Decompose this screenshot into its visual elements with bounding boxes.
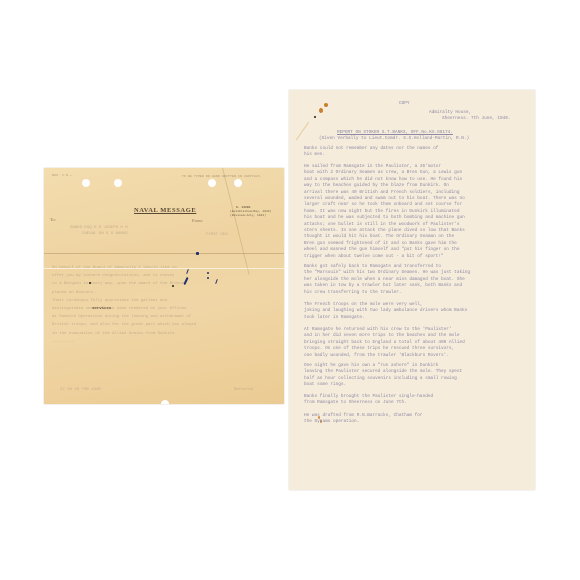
- ink-mark: [215, 279, 218, 284]
- fold-line: [44, 253, 284, 254]
- paragraph-line: wheel and manned the gun himself and "pu…: [304, 247, 465, 253]
- to-address: DANKS ESQ H H JOSEPH H N CHEVAL ON S D B…: [70, 225, 128, 237]
- body-line: ---------: [52, 338, 196, 346]
- paragraph-line: troops. On one of these trips he rescued…: [304, 346, 465, 352]
- body-line: to a Bargain in every way, upon the awar…: [52, 280, 196, 288]
- rust-stain: [319, 108, 323, 113]
- ink-mark: [89, 282, 91, 284]
- ink-mark: [207, 272, 209, 274]
- paragraph-line: trigger when about twelve come out - a b…: [304, 254, 465, 260]
- paragraph-line: his boat and he was subjected to both bo…: [304, 215, 465, 221]
- naval-message-title: NAVAL MESSAGE: [134, 207, 196, 214]
- punch-hole: [208, 179, 216, 187]
- paragraph-line: his crew transferring to the trawler.: [304, 290, 470, 296]
- address-line: Sheerness. 7th June, 1940.: [442, 116, 511, 122]
- paragraph: One night he gave his own a "run ashore"…: [304, 363, 462, 389]
- paragraph: Banks got safely back to Ramsgate and tr…: [304, 264, 470, 296]
- ink-dot: [314, 116, 316, 118]
- paragraph-line: was taken in tow by a trawler but later …: [304, 283, 470, 289]
- ink-mark: [196, 252, 199, 255]
- paragraph-line: one badly wounded, from the trawler 'Bla…: [304, 353, 465, 359]
- top-right-note: TO BE TYPED OR HAND WRITTEN IN CAPITALS: [182, 175, 260, 178]
- form-subtext: (Revised—July, 1941): [230, 214, 271, 218]
- paragraph-line: from Ramsgate to Sheerness on June 7th.: [304, 400, 433, 406]
- paragraph: The French troops on the mole were very …: [304, 302, 467, 321]
- ink-mark: [207, 277, 209, 279]
- to-label: To:: [50, 217, 56, 222]
- paragraph-line: took later in Ramsgate.: [304, 315, 467, 321]
- footer-right: Referred: [234, 386, 253, 394]
- bold-word: services: [92, 305, 111, 313]
- paragraph-line: and in her did seven more trips to the b…: [304, 333, 465, 339]
- to-line: CHEVAL ON S D BANKS: [82, 231, 128, 237]
- paragraph-line: larger craft near so he took them onboar…: [304, 202, 465, 208]
- paragraph-line: joking and laughing with two lady ambula…: [304, 308, 467, 314]
- paragraph: At Ramsgate he returned with his crew to…: [304, 327, 465, 359]
- paragraph: He was drafted from R.N.Barracks, Chatha…: [304, 413, 423, 426]
- body-line: Their Lordships fully appreciate the gal…: [52, 297, 196, 305]
- paragraph: Banks finally brought the Paulister sing…: [304, 394, 433, 407]
- body-line: offer you my sincere congratulations, an…: [52, 272, 196, 280]
- punch-hole: [114, 179, 122, 187]
- body-line: at Dunkirk Operations during the loading…: [52, 313, 196, 321]
- paragraph-line: boat with 2 Ordinary Seamen as crew, a B…: [304, 170, 465, 176]
- paragraph: Banks could not remember any dates nor t…: [304, 146, 438, 159]
- rust-stain: [324, 103, 328, 107]
- paragraph-line: leaving the Paulister secured alongside …: [304, 369, 462, 375]
- body-line: distinguished services you have rendered…: [52, 305, 196, 313]
- punch-hole: [234, 179, 242, 187]
- paragraph-line: thought it would hit his boat. The Ordin…: [304, 234, 465, 240]
- edge-notch: [161, 400, 169, 404]
- report-subheading: (Given Verbally to Lieut.Comdr. G.G.Holl…: [319, 136, 469, 142]
- body-line: placed on Honours.: [52, 289, 196, 297]
- body-line: in the evacuation of the Allied Armies f…: [52, 330, 196, 338]
- stain-streak: [296, 122, 309, 141]
- message-body: On behalf of the Board of Admiralty I sh…: [52, 264, 196, 346]
- paragraph-line: boat some rings.: [304, 382, 462, 388]
- ink-mark: [172, 285, 174, 287]
- top-left-note: NAV. C.S.—: [52, 174, 72, 177]
- report-document: COPY Admiralty House, Sheerness. 7th Jun…: [289, 90, 535, 490]
- footer-left: 27 10 40 TOR 1330: [60, 386, 101, 394]
- paragraph: He sailed from Ramsgate in the Paulister…: [304, 164, 465, 260]
- body-line: On behalf of the Board of Admiralty I sh…: [52, 264, 196, 272]
- paragraph-line: way to the beaches guided by the blaze f…: [304, 183, 465, 189]
- paragraph-line: the "Marsouin" with his two Ordinary Sea…: [304, 270, 470, 276]
- body-line: British troops, and also for the great p…: [52, 321, 196, 329]
- punch-hole: [82, 179, 90, 187]
- form-number-block: S. 1320b (Established—May, 1943) (Revise…: [230, 206, 271, 218]
- naval-message-document: NAV. C.S.— TO BE TYPED OR HAND WRITTEN I…: [44, 168, 284, 404]
- copy-label: COPY: [399, 101, 410, 107]
- from-value: FIRST SEA: [206, 231, 228, 239]
- paragraph-line: his men.: [304, 152, 438, 158]
- from-label: From:: [192, 218, 203, 223]
- paragraph-line: the Dynamo operation.: [304, 419, 423, 425]
